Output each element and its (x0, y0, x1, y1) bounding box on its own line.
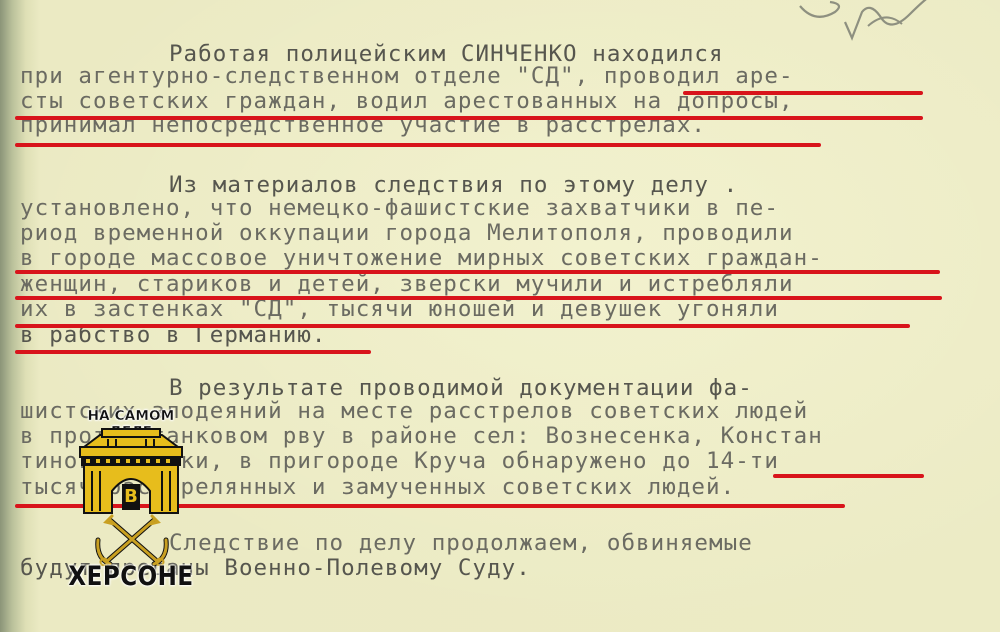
doc-line: сты советских граждан, водил арестованны… (20, 90, 794, 112)
doc-line: женщин, стариков и детей, зверски мучили… (20, 273, 794, 295)
doc-line: их в застенках "СД", тысячи юношей и дев… (20, 298, 779, 320)
logo-letter: В (122, 484, 140, 510)
doc-line: установлено, что немецко-фашистские захв… (20, 197, 779, 219)
doc-line: Работая полицейским СИНЧЕНКО находился (23, 43, 724, 65)
highlight-underline (15, 143, 821, 147)
highlight-underline (15, 296, 942, 300)
crossed-anchors-icon (92, 514, 172, 566)
doc-line: в городе массовое уничтожение мирных сов… (20, 247, 823, 269)
highlight-underline (15, 270, 940, 274)
logo-bottom-text: ХЕРСОНЕ (66, 562, 196, 592)
doc-line: В результате проводимой документации фа- (23, 377, 753, 399)
handwritten-signature (790, 0, 940, 44)
highlight-underline (15, 324, 910, 328)
highlight-underline (773, 474, 924, 478)
highlight-underline (15, 116, 923, 120)
doc-line: при агентурно-следственном отделе "СД", … (20, 65, 794, 87)
doc-line: риод временной оккупации города Мелитопо… (20, 222, 794, 244)
highlight-underline (683, 91, 923, 95)
highlight-underline (15, 350, 371, 354)
watermark-logo: НА САМОМ ДЕЛЕ В (66, 402, 196, 592)
doc-line: Из материалов следствия по этому делу . (23, 174, 738, 196)
